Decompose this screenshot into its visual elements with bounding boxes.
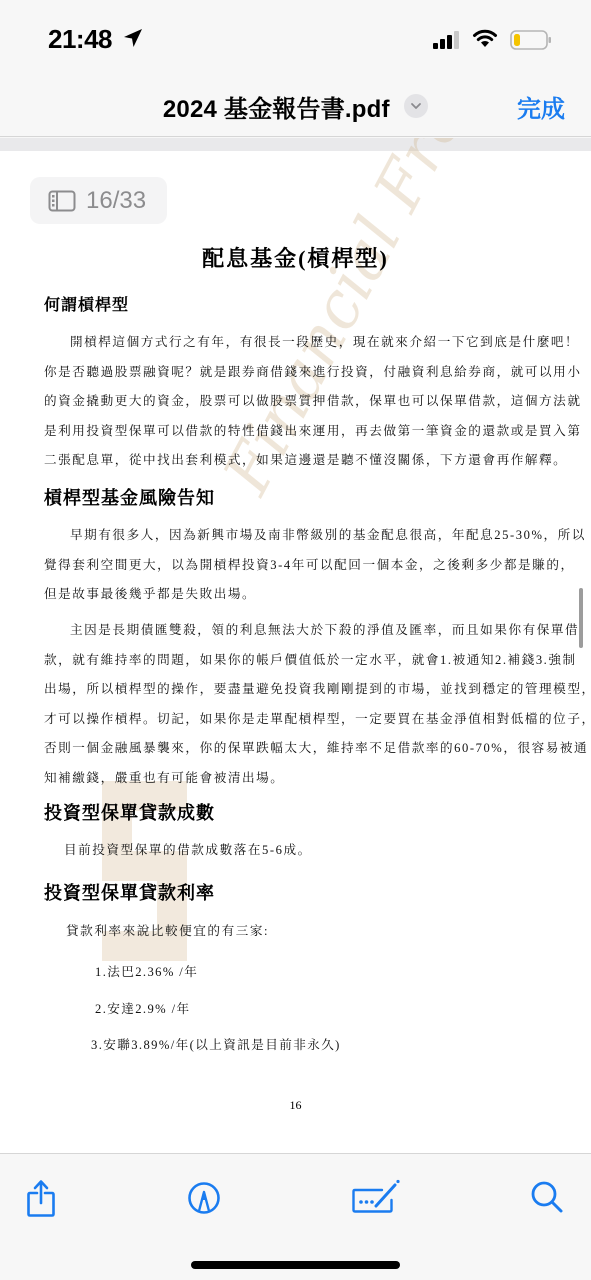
text-line: 知補繳錢，嚴重也有可能會被清出場。 [44,764,548,794]
nav-bar: 2024 基金報告書.pdf 完成 [0,75,591,137]
text-line: 開槓桿這個方式行之有年，有很長一段歷史，現在就來介紹一下它到底是什麼吧！ [44,328,548,358]
pdf-viewer[interactable]: Financial Freedom 16/33 配息基金(槓桿型) 何謂槓桿型 … [0,138,591,1153]
list-item: 3.安聯3.89%/年(以上資訊是目前非永久) [91,1034,341,1053]
search-icon [528,1178,568,1218]
cellular-signal-icon [432,30,462,50]
fill-and-sign-button[interactable] [352,1178,402,1218]
search-button[interactable] [528,1178,568,1218]
text-line: 才可以操作槓桿。切記，如果你是走單配槓桿型，一定要買在基金淨值相對低檔的位子， [44,705,548,735]
pdf-page: Financial Freedom 16/33 配息基金(槓桿型) 何謂槓桿型 … [0,151,591,1153]
text-line: 你是否聽過股票融資呢？就是跟券商借錢來進行投資，付融資利息給券商，就可以用小 [44,358,548,388]
markup-button[interactable] [184,1178,224,1218]
status-time: 21:48 [48,24,112,55]
text-line: 貸款利率來說比較便宜的有三家: [66,917,570,947]
paragraph: 開槓桿這個方式行之有年，有很長一段歷史，現在就來介紹一下它到底是什麼吧！ 你是否… [44,328,548,476]
text-line: 主因是長期債匯雙殺，領的利息無法大於下殺的淨值及匯率，而且如果你有保單借 [44,616,548,646]
text-line: 出場，所以槓桿型的操作，要盡量避免投資我剛剛提到的市場，並找到穩定的管理模型， [44,675,548,705]
section-heading: 何謂槓桿型 [44,292,129,315]
status-bar: 21:48 [0,0,591,75]
section-heading: 投資型保單貸款成數 [44,799,215,825]
text-line: 款，就有維持率的問題，如果你的帳戶價值低於一定水平，就會1.被通知2.補錢3.強… [44,646,548,676]
done-button[interactable]: 完成 [517,89,565,124]
paragraph: 早期有很多人，因為新興市場及南非幣級別的基金配息很高，年配息25-30%，所以 … [44,521,548,610]
home-indicator[interactable] [191,1261,400,1269]
text-line: 的資金撬動更大的資金，股票可以做股票質押借款，保單也可以保單借款，這個方法就 [44,387,548,417]
page-indicator[interactable]: 16/33 [30,177,167,224]
page-number: 16 [0,1098,591,1113]
document-title-menu[interactable]: 2024 基金報告書.pdf [0,89,591,124]
text-line: 早期有很多人，因為新興市場及南非幣級別的基金配息很高，年配息25-30%，所以 [44,521,548,551]
location-arrow-icon [122,27,144,49]
text-line: 二張配息單，從中找出套利模式，如果這邊還是聽不懂沒關係，下方還會再作解釋。 [44,446,548,476]
battery-low-icon [510,29,552,51]
share-button[interactable] [24,1178,64,1218]
text-line: 目前投資型保單的借款成數落在5-6成。 [64,836,568,866]
text-line: 否則一個金融風暴襲來，你的保單跌幅太大，維持率不足借款率的60-70%，很容易被… [44,734,548,764]
text-line: 覺得套利空間更大，以為開槓桿投資3-4年可以配回一個本金，之後剩多少都是賺的， [44,551,548,581]
text-line: 但是故事最後幾乎都是失敗出場。 [44,580,548,610]
paragraph: 主因是長期債匯雙殺，領的利息無法大於下殺的淨值及匯率，而且如果你有保單借 款，就… [44,616,548,794]
sidebar-thumbnails-icon [48,190,76,212]
chevron-down-icon[interactable] [404,94,428,118]
document-heading: 配息基金(槓桿型) [0,242,591,273]
list-item: 2.安達2.9% /年 [95,998,191,1017]
paragraph: 目前投資型保單的借款成數落在5-6成。 [64,836,568,866]
list-item: 1.法巴2.36% /年 [95,961,198,980]
paragraph: 貸款利率來說比較便宜的有三家: [66,917,570,947]
wifi-icon [472,27,498,49]
vertical-scrollbar[interactable] [579,588,583,648]
section-heading: 槓桿型基金風險告知 [44,484,215,510]
section-heading: 投資型保單貸款利率 [44,879,215,905]
markup-pen-icon [184,1178,224,1218]
text-line: 是利用投資型保單可以借款的特性借錢出來運用，再去做第一筆資金的還款或是買入第 [44,417,548,447]
bottom-toolbar [0,1153,591,1280]
page-indicator-text: 16/33 [86,187,146,215]
signature-icon [352,1178,402,1218]
share-icon [24,1178,64,1218]
document-title[interactable]: 2024 基金報告書.pdf [163,96,390,123]
